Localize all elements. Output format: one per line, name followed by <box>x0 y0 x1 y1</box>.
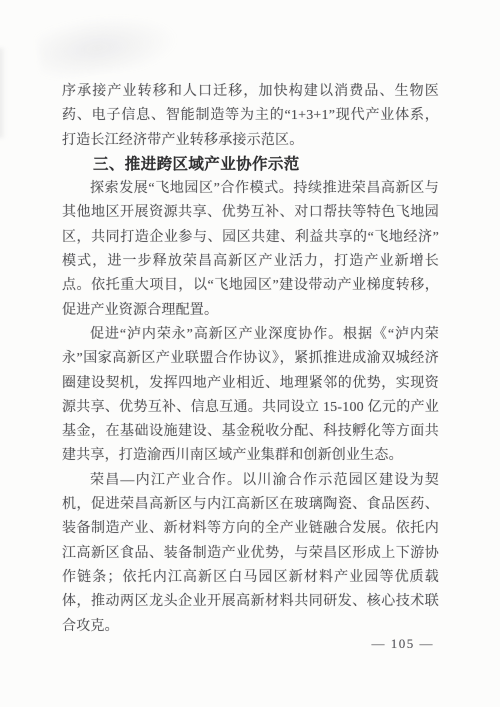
body-paragraph: 探索发展“飞地园区”合作模式。持续推进荣昌高新区与其他地区开展资源共享、优势互补… <box>62 177 439 323</box>
page-number: — 105 — <box>372 636 435 652</box>
body-paragraph: 促进“泸内荣永”高新区产业深度协作。根据《“泸内荣永”国家高新区产业联盟合作协议… <box>62 323 439 469</box>
section-heading: 三、推进跨区域产业协作示范 <box>62 153 439 177</box>
body-paragraph: 荣昌—内江产业合作。以川渝合作示范园区建设为契机，促进荣昌高新区与内江高新区在玻… <box>62 469 439 639</box>
scan-edge-artifact <box>0 48 6 138</box>
document-body: 序承接产业转移和人口迁移，加快构建以消费品、生物医药、电子信息、智能制造等为主的… <box>62 80 439 639</box>
scan-smudge-artifact <box>35 8 181 81</box>
document-page: 序承接产业转移和人口迁移，加快构建以消费品、生物医药、电子信息、智能制造等为主的… <box>0 0 500 707</box>
body-paragraph: 序承接产业转移和人口迁移，加快构建以消费品、生物医药、电子信息、智能制造等为主的… <box>62 80 439 153</box>
